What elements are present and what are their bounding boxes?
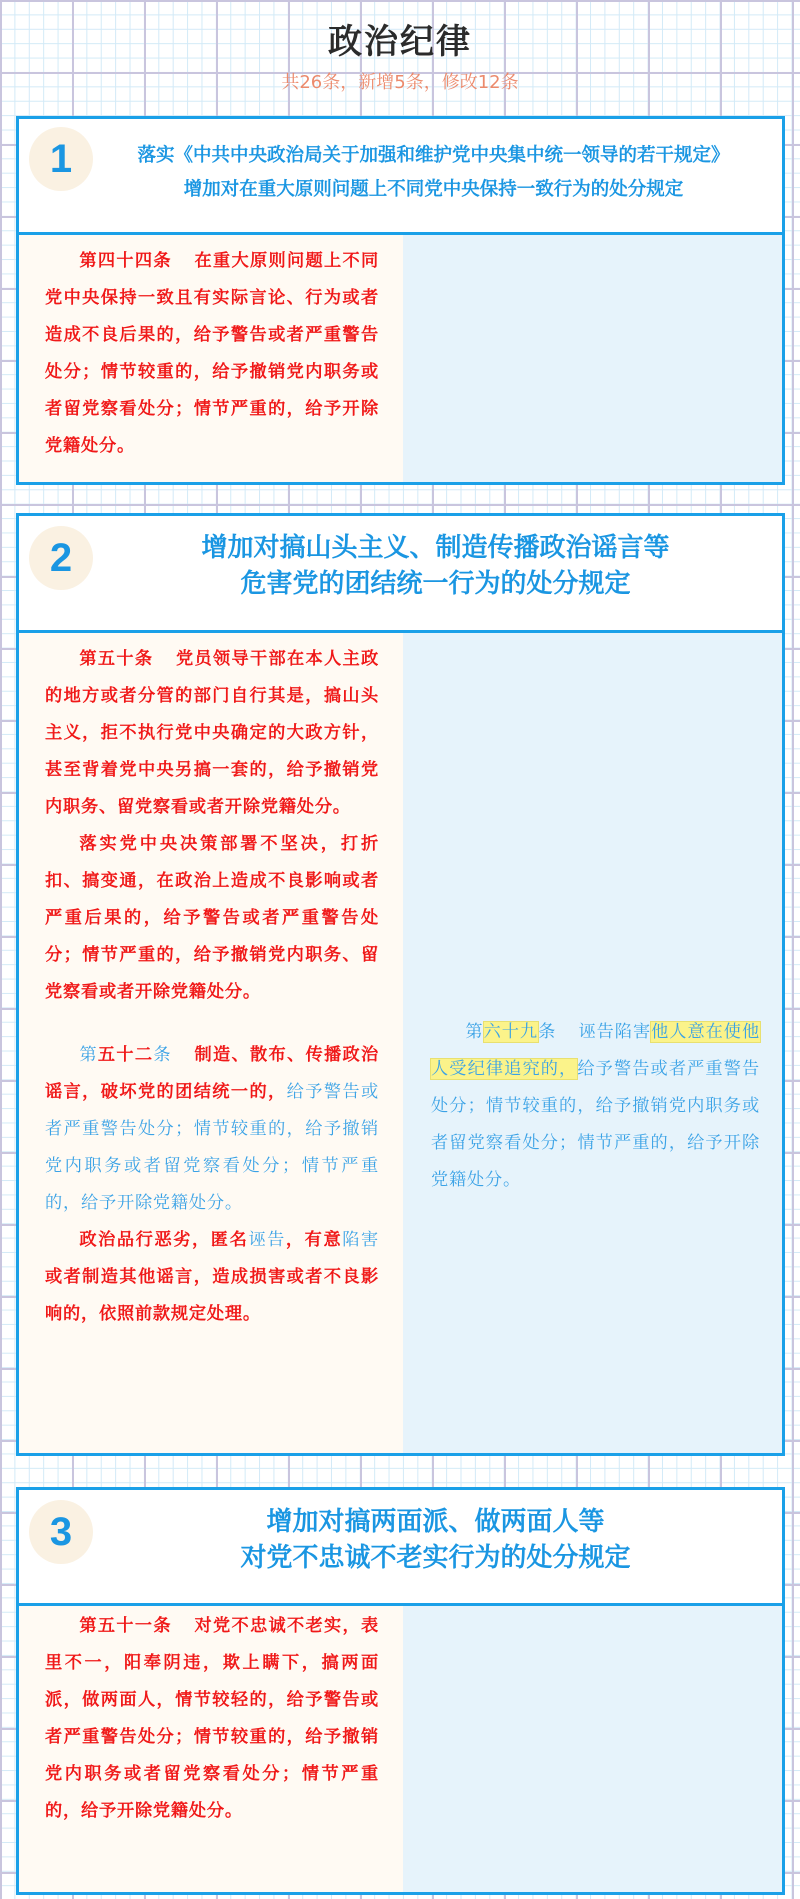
article-number: 第五十条 (79, 649, 153, 669)
article-paragraph: 第五十条党员领导干部在本人主政的地方或者分管的部门自行其是，搞山头主义，拒不执行… (45, 641, 379, 826)
article-text-changed: ，有意 (286, 1230, 342, 1250)
article-text: 党员领导干部在本人主政的地方或者分管的部门自行其是，搞山头主义，拒不执行党中央确… (45, 649, 379, 817)
article-paragraph: 第五十二条制造、散布、传播政治谣言，破坏党的团结统一的，给予警告或者严重警告处分… (45, 1037, 379, 1222)
card-title: 落实《中共中央政治局关于加强和维护党中央集中统一领导的若干规定》 增加对在重大原… (95, 139, 772, 207)
card-1: 1 落实《中共中央政治局关于加强和维护党中央集中统一领导的若干规定》 增加对在重… (16, 116, 785, 485)
article-suffix: 条 (153, 1045, 172, 1065)
article-number: 第四十四条 (79, 251, 172, 271)
page-subtitle: 共26条，新增5条，修改12条 (0, 68, 800, 94)
number-badge: 2 (29, 526, 93, 590)
card-header: 2 增加对搞山头主义、制造传播政治谣言等 危害党的团结统一行为的处分规定 (19, 516, 782, 633)
card-2: 2 增加对搞山头主义、制造传播政治谣言等 危害党的团结统一行为的处分规定 第五十… (16, 513, 785, 1456)
article-paragraph: 第四十四条在重大原则问题上不同党中央保持一致且有实际言论、行为或者造成不良后果的… (45, 243, 379, 465)
card-header: 3 增加对搞两面派、做两面人等 对党不忠诚不老实行为的处分规定 (19, 1490, 782, 1606)
card-header: 1 落实《中共中央政治局关于加强和维护党中央集中统一领导的若干规定》 增加对在重… (19, 119, 782, 235)
card-3: 3 增加对搞两面派、做两面人等 对党不忠诚不老实行为的处分规定 第五十一条对党不… (16, 1487, 785, 1895)
highlighted-article-number: 六十九 (484, 1022, 539, 1042)
card-body: 第五十条党员领导干部在本人主政的地方或者分管的部门自行其是，搞山头主义，拒不执行… (19, 633, 782, 1453)
old-version-column: 第五十条党员领导干部在本人主政的地方或者分管的部门自行其是，搞山头主义，拒不执行… (19, 633, 403, 1453)
card-title-line: 落实《中共中央政治局关于加强和维护党中央集中统一领导的若干规定》 (95, 139, 772, 173)
card-title-line: 对党不忠诚不老实行为的处分规定 (99, 1540, 772, 1576)
card-title-line: 增加对搞山头主义、制造传播政治谣言等 (99, 530, 772, 566)
new-version-column: 第六十九条诬告陷害他人意在使他人受纪律追究的，给予警告或者严重警告处分；情节较重… (403, 633, 782, 1453)
article-prefix: 第 (79, 1045, 98, 1065)
article-text-unchanged: 诬告 (248, 1230, 286, 1250)
number-badge: 1 (29, 127, 93, 191)
number-badge: 3 (29, 1500, 93, 1564)
article-text: 落实党中央决策部署不坚决，打折扣、搞变通，在政治上造成不良影响或者严重后果的，给… (45, 834, 379, 1002)
article-text-unchanged: 陷害 (342, 1230, 379, 1250)
old-version-column: 第五十一条对党不忠诚不老实，表里不一，阳奉阴违，欺上瞒下，搞两面派，做两面人，情… (19, 1606, 403, 1892)
article-paragraph: 落实党中央决策部署不坚决，打折扣、搞变通，在政治上造成不良影响或者严重后果的，给… (45, 826, 379, 1011)
old-version-column: 第四十四条在重大原则问题上不同党中央保持一致且有实际言论、行为或者造成不良后果的… (19, 235, 403, 482)
article-text-changed: 或者制造其他谣言，造成损害或者不良影响的，依照前款规定处理。 (45, 1267, 379, 1324)
card-title: 增加对搞两面派、做两面人等 对党不忠诚不老实行为的处分规定 (99, 1504, 772, 1576)
article-number: 五十二 (98, 1045, 154, 1065)
card-body: 第五十一条对党不忠诚不老实，表里不一，阳奉阴违，欺上瞒下，搞两面派，做两面人，情… (19, 1606, 782, 1892)
article-text: 对党不忠诚不老实，表里不一，阳奉阴违，欺上瞒下，搞两面派，做两面人，情节较轻的，… (45, 1616, 379, 1821)
new-version-column (403, 1606, 782, 1892)
article-paragraph: 第六十九条诬告陷害他人意在使他人受纪律追究的，给予警告或者严重警告处分；情节较重… (431, 1014, 760, 1199)
article-prefix: 第 (465, 1022, 483, 1042)
card-body: 第四十四条在重大原则问题上不同党中央保持一致且有实际言论、行为或者造成不良后果的… (19, 235, 782, 482)
card-title-line: 危害党的团结统一行为的处分规定 (99, 566, 772, 602)
article-text: 诬告陷害 (578, 1022, 651, 1042)
article-text-changed: 政治品行恶劣，匿名 (79, 1230, 248, 1250)
article-paragraph: 政治品行恶劣，匿名诬告，有意陷害或者制造其他谣言，造成损害或者不良影响的，依照前… (45, 1222, 379, 1333)
article-text: 在重大原则问题上不同党中央保持一致且有实际言论、行为或者造成不良后果的，给予警告… (45, 251, 379, 456)
article-number: 第五十一条 (79, 1616, 172, 1636)
page-title: 政治纪律 (0, 14, 800, 63)
article-paragraph: 第五十一条对党不忠诚不老实，表里不一，阳奉阴违，欺上瞒下，搞两面派，做两面人，情… (45, 1608, 379, 1830)
new-version-column (403, 235, 782, 482)
card-title: 增加对搞山头主义、制造传播政治谣言等 危害党的团结统一行为的处分规定 (99, 530, 772, 602)
article-suffix: 条 (538, 1022, 556, 1042)
card-title-line: 增加对在重大原则问题上不同党中央保持一致行为的处分规定 (95, 173, 772, 207)
card-title-line: 增加对搞两面派、做两面人等 (99, 1504, 772, 1540)
